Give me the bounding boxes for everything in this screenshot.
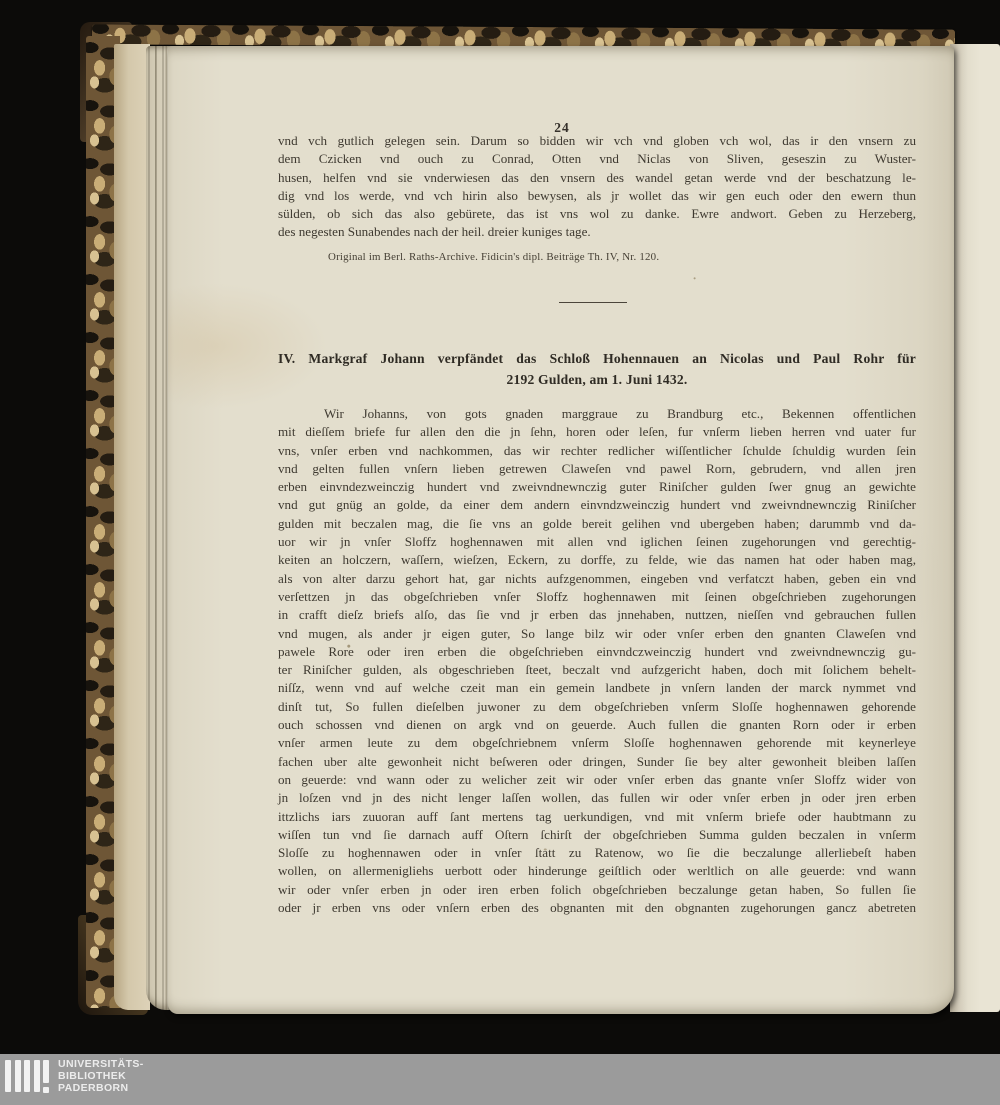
text-line: ter Riniſcher gulden, als obgeschrieben …	[278, 661, 916, 679]
source-citation: Original im Berl. Raths-Archive. Fidicin…	[328, 251, 659, 263]
text-line: ouch schossen vnd dienen on argk vnd on …	[278, 716, 916, 734]
continuation-paragraph: vnd vch gutlich gelegen sein. Darum so b…	[278, 132, 916, 242]
text-line: uor wir jn vnſer Sloffz hoghennawen mit …	[278, 533, 916, 551]
library-name-line: BIBLIOTHEK	[58, 1071, 358, 1083]
text-line: ittzlichs iars zuuoran auff ſant mertens…	[278, 808, 916, 826]
text-line: vns, vnſer erben vnd nachkommen, das wir…	[278, 442, 916, 460]
text-line: dig vnd los werde, vnd vch hirin also be…	[278, 187, 916, 205]
charter-body-paragraph: Wir Johanns, von gots gnaden marggraue z…	[278, 405, 916, 917]
section-heading: IV. Markgraf Johann verpfändet das Schlo…	[278, 349, 916, 390]
text-line: Sloſſe zu hoghennawen oder in vnſer ſtat…	[278, 844, 916, 862]
text-line: in crafft dieſz briefs alſo, das ſie vnd…	[278, 606, 916, 624]
section-title: Markgraf Johann verpfändet das Schloß Ho…	[308, 351, 916, 366]
text-line: vnd mugen, als ander jr eigen guter, So …	[278, 625, 916, 643]
book-page: 24 vnd vch gutlich gelegen sein. Darum s…	[168, 46, 954, 1014]
text-line: erben einvndezweinczig hundert vnd zweiv…	[278, 478, 916, 496]
library-logo-icon	[5, 1060, 51, 1100]
text-line: oder jr erben vns oder vnſern erben des …	[278, 899, 916, 917]
section-heading-line2: 2192 Gulden, am 1. Juni 1432.	[278, 370, 916, 391]
text-line: wir oder vnſer erben jn oder iren erben …	[278, 881, 916, 899]
text-line: sülden, ob sich das also gebürete, das i…	[278, 205, 916, 223]
text-line: des negesten Sunabendes nach der heil. d…	[278, 223, 916, 241]
text-line: jn loſzen vnd jn des nicht lenger laſſen…	[278, 789, 916, 807]
library-watermark-bar: UNIVERSITÄTS-BIBLIOTHEKPADERBORN	[0, 1054, 1000, 1105]
section-heading-line1: IV. Markgraf Johann verpfändet das Schlo…	[278, 349, 916, 370]
library-name: UNIVERSITÄTS-BIBLIOTHEKPADERBORN	[58, 1059, 358, 1094]
text-line: mit dieſſem briefe fur allen den die jn …	[278, 423, 916, 441]
text-line: vnd vch gutlich gelegen sein. Darum so b…	[278, 132, 916, 150]
text-line: husen, helfen vnd sie vnderwiesen das de…	[278, 169, 916, 187]
text-line: gulden mit beczalen mag, die ſie vns an …	[278, 515, 916, 533]
text-line: Wir Johanns, von gots gnaden marggraue z…	[278, 405, 916, 423]
section-number: IV.	[278, 351, 295, 366]
text-line: keiten an holczern, waſſern, wieſzen, Ec…	[278, 551, 916, 569]
text-line: wollen, on allermenigliehs uerbott oder …	[278, 862, 916, 880]
text-line: fachen uber alte gewonheit nicht beſwere…	[278, 753, 916, 771]
text-line: pawele Rore oder iren erben die obgeſchr…	[278, 643, 916, 661]
text-line: vnd gut gnüg an golde, da einer dem ande…	[278, 496, 916, 514]
text-line: wiſſen tun vnd ſie darnach auff Oſtern ſ…	[278, 826, 916, 844]
section-divider-rule	[559, 302, 627, 304]
book-scan: 24 vnd vch gutlich gelegen sein. Darum s…	[0, 0, 1000, 1105]
facing-page-edge	[950, 44, 1000, 1012]
text-line: verſettzen jn das obgeſchrieben vnſer Sl…	[278, 588, 916, 606]
page-block-edge	[114, 44, 150, 1010]
text-line: dem Czicken vnd ouch zu Conrad, Otten vn…	[278, 150, 916, 168]
text-line: vnd gelten fullen vnſern lieben getrewen…	[278, 460, 916, 478]
text-line: als von alter darzu gehort hat, gar nich…	[278, 570, 916, 588]
text-line: dinſt tut, So fullen dieſelben juwoner z…	[278, 698, 916, 716]
library-name-line: PADERBORN	[58, 1083, 358, 1095]
page-content: 24 vnd vch gutlich gelegen sein. Darum s…	[278, 46, 916, 1014]
text-line: niſſz, wenn vnd auf welche czeit man ein…	[278, 679, 916, 697]
text-line: on geuerde: vnd wann oder zu welicher ze…	[278, 771, 916, 789]
text-line: vnſer armen leute zu dem obgeſchriebnem …	[278, 734, 916, 752]
